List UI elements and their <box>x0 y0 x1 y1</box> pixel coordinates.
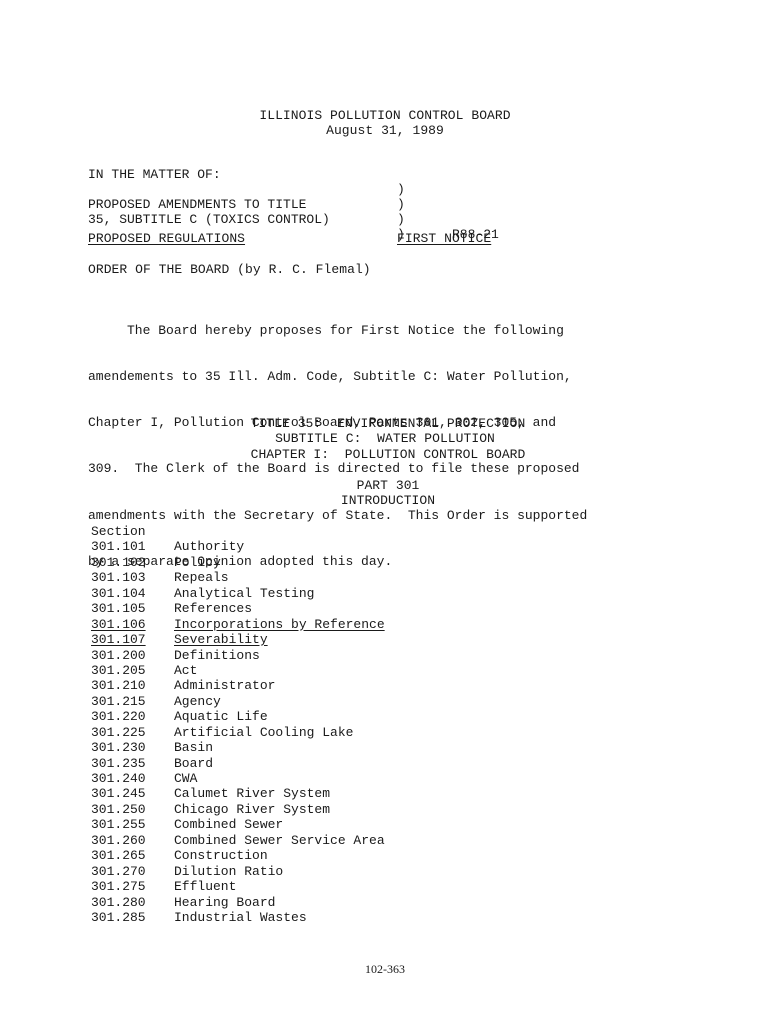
section-number: 301.280 <box>91 895 146 910</box>
section-number: 301.230 <box>91 740 146 755</box>
section-number: 301.103 <box>91 570 146 585</box>
section-title: CWA <box>174 771 197 786</box>
section-number: 301.245 <box>91 786 146 801</box>
section-title: Artificial Cooling Lake <box>174 725 353 740</box>
section-title: Combined Sewer <box>174 817 283 832</box>
section-number: 301.210 <box>91 678 146 693</box>
first-notice-heading: FIRST NOTICE <box>397 231 491 246</box>
chapter-line: CHAPTER I: POLLUTION CONTROL BOARD <box>3 447 770 462</box>
section-number: 301.205 <box>91 663 146 678</box>
section-title: Hearing Board <box>174 895 275 910</box>
section-row: 301.215Agency <box>91 694 146 709</box>
section-number: 301.275 <box>91 879 146 894</box>
section-number: 301.220 <box>91 709 146 724</box>
caption-paren: ) <box>397 212 405 227</box>
section-row: 301.275Effluent <box>91 879 146 894</box>
section-number: 301.102 <box>91 555 146 570</box>
section-row: 301.260Combined Sewer Service Area <box>91 833 146 848</box>
section-number: 301.260 <box>91 833 146 848</box>
section-title: Severability <box>174 632 268 647</box>
section-title: Construction <box>174 848 268 863</box>
caption-text: 35, SUBTITLE C (TOXICS CONTROL) <box>88 212 330 227</box>
page-number: 102-363 <box>0 962 770 977</box>
section-list-header: Section <box>91 524 146 539</box>
section-title: Combined Sewer Service Area <box>174 833 385 848</box>
section-title: Chicago River System <box>174 802 330 817</box>
section-title: Policy <box>174 555 221 570</box>
section-title: Aquatic Life <box>174 709 268 724</box>
section-number: 301.285 <box>91 910 146 925</box>
section-title: Basin <box>174 740 213 755</box>
title-line: TITLE 35: ENVIRONMENTAL PROTECTION <box>3 416 770 431</box>
part-number: PART 301 <box>3 478 770 493</box>
section-title: Repeals <box>174 570 229 585</box>
section-number: 301.265 <box>91 848 146 863</box>
section-row: 301.102Policy <box>91 555 146 570</box>
section-row: 301.101Authority <box>91 539 146 554</box>
section-title: Effluent <box>174 879 236 894</box>
caption-row: 35, SUBTITLE C (TOXICS CONTROL) ) <box>88 197 135 212</box>
section-title: References <box>174 601 252 616</box>
part-name: INTRODUCTION <box>3 493 770 508</box>
section-row: 301.250Chicago River System <box>91 802 146 817</box>
paragraph-line: amendements to 35 Ill. Adm. Code, Subtit… <box>88 369 688 384</box>
section-number: 301.215 <box>91 694 146 709</box>
caption-paren: ) <box>397 182 405 197</box>
section-row: 301.270Dilution Ratio <box>91 864 146 879</box>
caption-row: IN THE MATTER OF: ) <box>88 152 135 167</box>
section-row: 301.225Artificial Cooling Lake <box>91 725 146 740</box>
section-number: 301.107 <box>91 632 146 647</box>
section-row: 301.240CWA <box>91 771 146 786</box>
section-title: Analytical Testing <box>174 586 314 601</box>
section-row: 301.210Administrator <box>91 678 146 693</box>
section-number: 301.200 <box>91 648 146 663</box>
section-row: 301.230Basin <box>91 740 146 755</box>
section-row: 301.245Calumet River System <box>91 786 146 801</box>
section-number: 301.225 <box>91 725 146 740</box>
section-number: 301.105 <box>91 601 146 616</box>
proposed-regulations-heading: PROPOSED REGULATIONS <box>88 231 245 246</box>
case-caption: IN THE MATTER OF: ) ) PROPOSED AMENDMENT… <box>88 152 135 212</box>
section-number: 301.270 <box>91 864 146 879</box>
board-name: ILLINOIS POLLUTION CONTROL BOARD <box>0 108 770 123</box>
document-date: August 31, 1989 <box>0 123 770 138</box>
paragraph-line: 309. The Clerk of the Board is directed … <box>88 461 688 476</box>
section-row: 301.285Industrial Wastes <box>91 910 146 925</box>
section-number: 301.106 <box>91 617 146 632</box>
section-row: 301.235Board <box>91 756 146 771</box>
section-row: 301.280Hearing Board <box>91 895 146 910</box>
section-row: 301.220Aquatic Life <box>91 709 146 724</box>
caption-row: PROPOSED AMENDMENTS TO TITLE ) R88-21 <box>88 182 135 197</box>
section-row: 301.200Definitions <box>91 648 146 663</box>
section-number: 301.104 <box>91 586 146 601</box>
section-list: Section 301.101Authority 301.102Policy 3… <box>91 524 146 925</box>
section-row: 301.265Construction <box>91 848 146 863</box>
section-row: 301.255Combined Sewer <box>91 817 146 832</box>
section-number: 301.101 <box>91 539 146 554</box>
subtitle-line: SUBTITLE C: WATER POLLUTION <box>0 431 770 446</box>
document-page: ILLINOIS POLLUTION CONTROL BOARD August … <box>0 0 770 1024</box>
section-title: Authority <box>174 539 244 554</box>
section-number: 301.255 <box>91 817 146 832</box>
section-number: 301.240 <box>91 771 146 786</box>
section-title: Incorporations by Reference <box>174 617 385 632</box>
section-row: 301.103Repeals <box>91 570 146 585</box>
section-title: Board <box>174 756 213 771</box>
section-title: Administrator <box>174 678 275 693</box>
caption-row: ) <box>88 167 135 182</box>
section-title: Dilution Ratio <box>174 864 283 879</box>
section-row-added: 301.107Severability <box>91 632 146 647</box>
section-title: Definitions <box>174 648 260 663</box>
section-row-added: 301.106Incorporations by Reference <box>91 617 146 632</box>
section-row: 301.205Act <box>91 663 146 678</box>
section-title: Agency <box>174 694 221 709</box>
section-number: 301.250 <box>91 802 146 817</box>
section-row: 301.104Analytical Testing <box>91 586 146 601</box>
paragraph-line: The Board hereby proposes for First Noti… <box>88 323 688 338</box>
section-row: 301.105References <box>91 601 146 616</box>
section-title: Industrial Wastes <box>174 910 307 925</box>
order-heading: ORDER OF THE BOARD (by R. C. Flemal) <box>88 262 371 277</box>
paragraph-line: amendments with the Secretary of State. … <box>88 508 688 523</box>
caption-paren: ) <box>397 197 405 212</box>
section-title: Act <box>174 663 197 678</box>
section-title: Calumet River System <box>174 786 330 801</box>
section-number: 301.235 <box>91 756 146 771</box>
